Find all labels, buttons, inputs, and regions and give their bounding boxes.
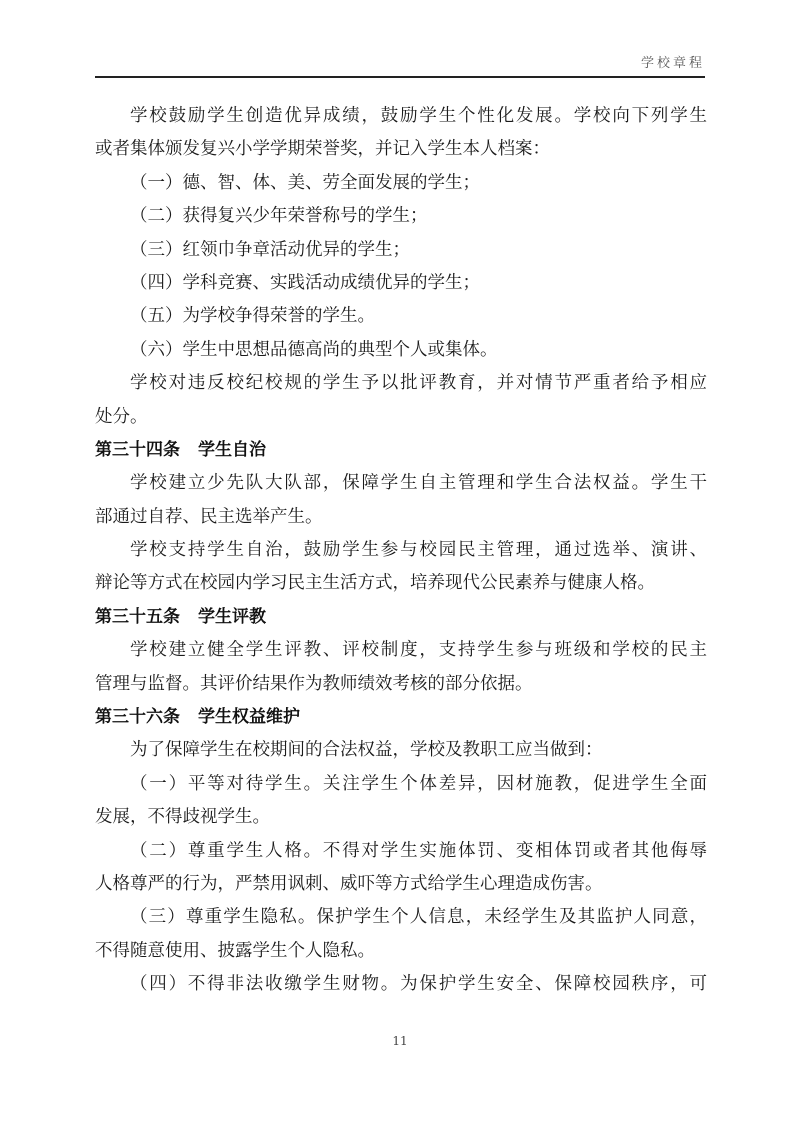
- article-heading-35: 第三十五条学生评教: [95, 601, 707, 634]
- rights-item-line: 不得随意使用、披露学生个人隐私。: [95, 935, 707, 968]
- header-title: 学校章程: [641, 52, 705, 71]
- article-title: 学生权益维护: [198, 707, 300, 727]
- honor-item: （五）为学校争得荣誉的学生。: [95, 300, 707, 333]
- rights-item-line: （三）尊重学生隐私。保护学生个人信息，未经学生及其监护人同意，: [95, 901, 707, 934]
- article-title: 学生评教: [198, 607, 266, 627]
- paragraph-line: 学校对违反校纪校规的学生予以批评教育，并对情节严重者给予相应: [95, 367, 707, 400]
- paragraph-line: 辩论等方式在校园内学习民主生活方式，培养现代公民素养与健康人格。: [95, 567, 707, 600]
- paragraph-line: 学校支持学生自治，鼓励学生参与校园民主管理，通过选举、演讲、: [95, 534, 707, 567]
- rights-item-line: 发展，不得歧视学生。: [95, 801, 707, 834]
- article-heading-36: 第三十六条学生权益维护: [95, 701, 707, 734]
- honor-item: （三）红领巾争章活动优异的学生；: [95, 234, 707, 267]
- rights-item-line: （二）尊重学生人格。不得对学生实施体罚、变相体罚或者其他侮辱: [95, 835, 707, 868]
- paragraph-line: 学校鼓励学生创造优异成绩，鼓励学生个性化发展。学校向下列学生: [95, 100, 707, 133]
- rights-item-line: （四）不得非法收缴学生财物。为保护学生安全、保障校园秩序，可: [95, 968, 707, 1001]
- page-number: 11: [0, 1034, 800, 1048]
- paragraph-line: 处分。: [95, 401, 707, 434]
- paragraph-line: 学校建立健全学生评教、评校制度，支持学生参与班级和学校的民主: [95, 634, 707, 667]
- article-title: 学生自治: [198, 440, 266, 460]
- paragraph-line: 或者集体颁发复兴小学学期荣誉奖，并记入学生本人档案：: [95, 133, 707, 166]
- honor-item: （二）获得复兴少年荣誉称号的学生；: [95, 200, 707, 233]
- document-body: 学校鼓励学生创造优异成绩，鼓励学生个性化发展。学校向下列学生 或者集体颁发复兴小…: [95, 100, 707, 1002]
- article-heading-34: 第三十四条学生自治: [95, 434, 707, 467]
- paragraph-line: 部通过自荐、民主选举产生。: [95, 501, 707, 534]
- honor-item: （一）德、智、体、美、劳全面发展的学生；: [95, 167, 707, 200]
- paragraph-line: 为了保障学生在校期间的合法权益，学校及教职工应当做到：: [95, 734, 707, 767]
- article-number: 第三十五条: [95, 607, 180, 627]
- honor-item: （六）学生中思想品德高尚的典型个人或集体。: [95, 334, 707, 367]
- rights-item-line: 人格尊严的行为，严禁用讽刺、威吓等方式给学生心理造成伤害。: [95, 868, 707, 901]
- article-number: 第三十六条: [95, 707, 180, 727]
- article-number: 第三十四条: [95, 440, 180, 460]
- rights-item-line: （一）平等对待学生。关注学生个体差异，因材施教，促进学生全面: [95, 768, 707, 801]
- paragraph-line: 管理与监督。其评价结果作为教师绩效考核的部分依据。: [95, 668, 707, 701]
- honor-item: （四）学科竞赛、实践活动成绩优异的学生；: [95, 267, 707, 300]
- running-header: 学校章程: [95, 46, 705, 78]
- paragraph-line: 学校建立少先队大队部，保障学生自主管理和学生合法权益。学生干: [95, 467, 707, 500]
